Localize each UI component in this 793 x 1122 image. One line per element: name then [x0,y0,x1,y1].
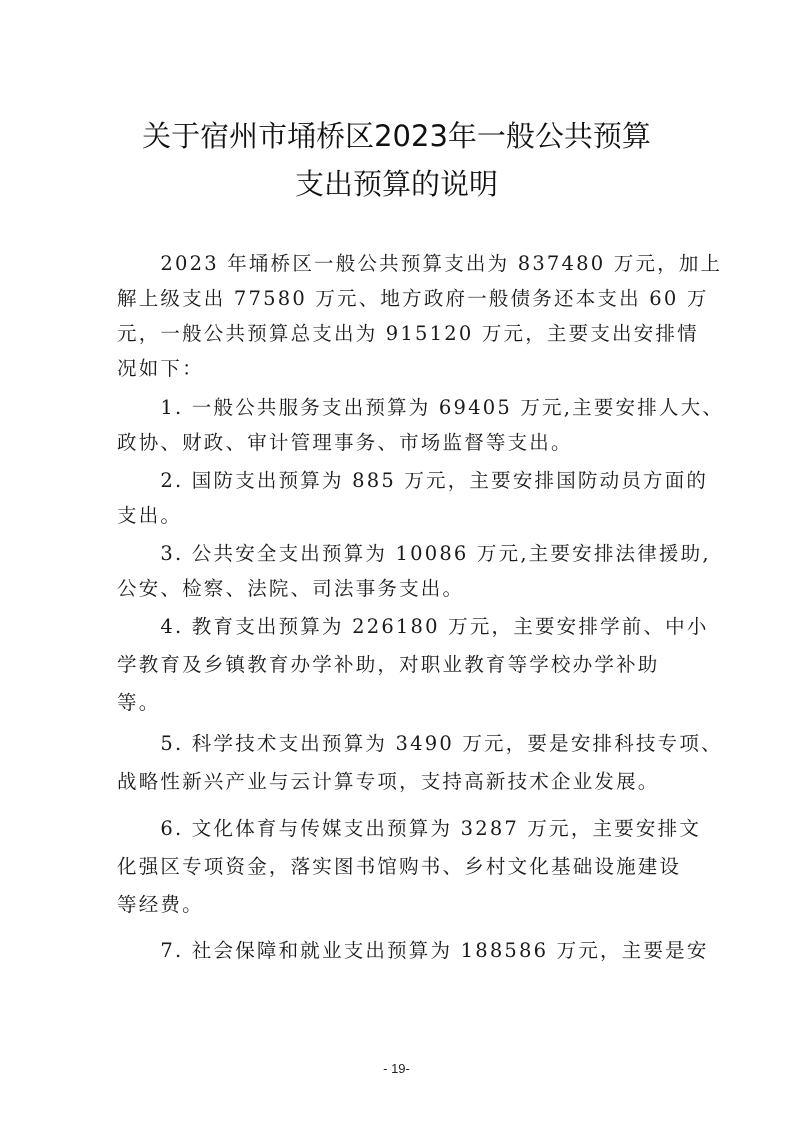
body-line: 公安、检察、法院、司法事务支出。 [117,573,677,601]
body-line: 6. 文化体育与传媒支出预算为 3287 万元，主要安排文 [117,813,677,841]
page-number: - 19- [0,1061,793,1076]
body-line: 况如下： [117,353,677,381]
body-line: 解上级支出 77580 万元、地方政府一般债务还本支出 60 万 [117,283,677,311]
body-line: 5. 科学技术支出预算为 3490 万元，要是安排科技专项、 [117,728,677,756]
body-line: 2023 年埇桥区一般公共预算支出为 837480 万元，加上 [117,248,677,276]
body-line: 支出。 [117,500,677,528]
body-line: 等。 [117,687,677,715]
body-line: 1. 一般公共服务支出预算为 69405 万元,主要安排人大、 [117,392,677,420]
body-line: 3. 公共安全支出预算为 10086 万元,主要安排法律援助, [117,538,677,566]
body-line: 4. 教育支出预算为 226180 万元，主要安排学前、中小 [117,611,677,639]
body-line: 学教育及乡镇教育办学补助，对职业教育等学校办学补助 [117,649,677,677]
document-title-line-2: 支出预算的说明 [0,162,793,203]
body-line: 2. 国防支出预算为 885 万元，主要安排国防动员方面的 [117,465,677,493]
body-line: 政协、财政、审计管理事务、市场监督等支出。 [117,427,677,455]
body-line: 化强区专项资金，落实图书馆购书、乡村文化基础设施建设 [117,851,677,879]
body-line: 元，一般公共预算总支出为 915120 万元，主要支出安排情 [117,318,677,346]
body-line: 7. 社会保障和就业支出预算为 188586 万元，主要是安 [117,935,677,963]
body-line: 战略性新兴产业与云计算专项，支持高新技术企业发展。 [117,766,677,794]
body-line: 等经费。 [117,889,677,917]
document-title-line-1: 关于宿州市埇桥区2023年一般公共预算 [0,114,793,155]
